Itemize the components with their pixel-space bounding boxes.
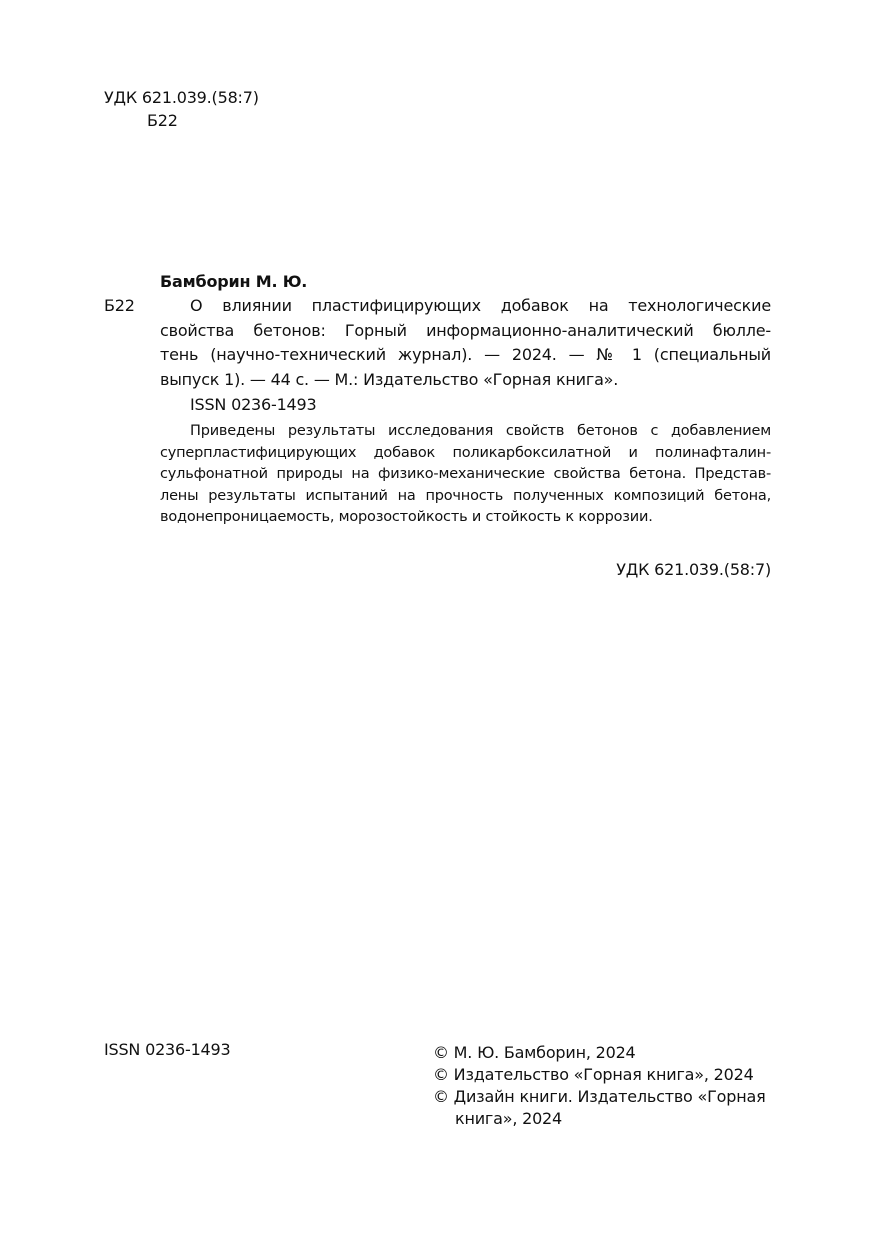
abstract-line: водонепроницаемость, морозостойкость и с… — [160, 507, 771, 529]
issn-footer: ISSN 0236-1493 — [104, 1039, 231, 1060]
biblio-line: О влиянии пластифицирующих добавок на те… — [160, 294, 771, 319]
author-name: Бамборин М. Ю. — [160, 271, 307, 292]
issn-number: ISSN 0236-1493 — [190, 394, 317, 415]
udk-code-top: УДК 621.039.(58:7) — [104, 87, 259, 108]
author-mark-side: Б22 — [104, 295, 135, 316]
abstract-line: Приведены результаты исследования свойст… — [160, 421, 771, 443]
biblio-line: выпуск 1). — 44 с. — М.: Издательство «Г… — [160, 368, 771, 393]
biblio-line: свойства бетонов: Горный информационно-а… — [160, 319, 771, 344]
abstract-line: сульфонатной природы на физико-механичес… — [160, 464, 771, 486]
udk-code-right: УДК 621.039.(58:7) — [616, 559, 771, 580]
copyright-line: © М. Ю. Бамборин, 2024 — [433, 1042, 778, 1064]
copyright-block: © М. Ю. Бамборин, 2024 © Издательство «Г… — [433, 1042, 778, 1130]
copyright-line: книга», 2024 — [433, 1108, 778, 1130]
bibliographic-description: О влиянии пластифицирующих добавок на те… — [160, 294, 771, 392]
abstract-line: суперпластифицирующих добавок поликарбок… — [160, 443, 771, 465]
biblio-line: тень (научно-технический журнал). — 2024… — [160, 343, 771, 368]
copyright-line: © Издательство «Горная книга», 2024 — [433, 1064, 778, 1086]
abstract: Приведены результаты исследования свойст… — [160, 421, 771, 529]
abstract-line: лены результаты испытаний на прочность п… — [160, 486, 771, 508]
author-mark-top: Б22 — [147, 110, 178, 131]
copyright-line: © Дизайн книги. Издательство «Горная — [433, 1086, 778, 1108]
